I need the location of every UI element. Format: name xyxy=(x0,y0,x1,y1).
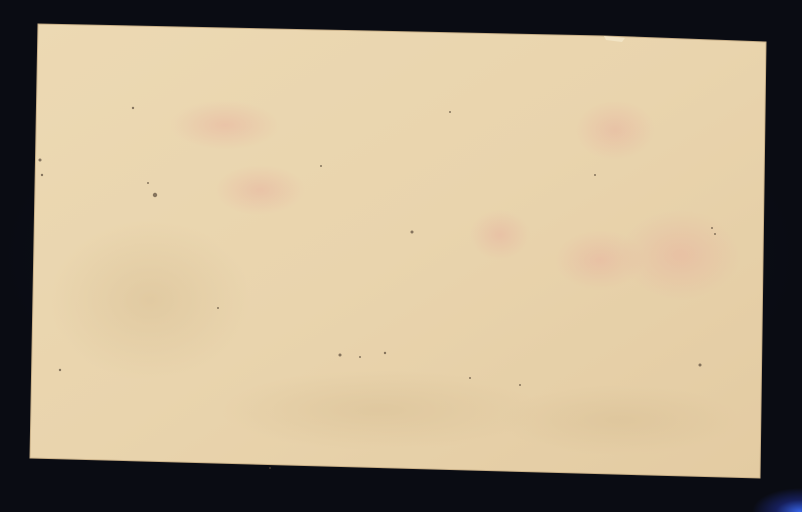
card-drawing xyxy=(0,0,802,512)
aged-card xyxy=(0,0,802,512)
